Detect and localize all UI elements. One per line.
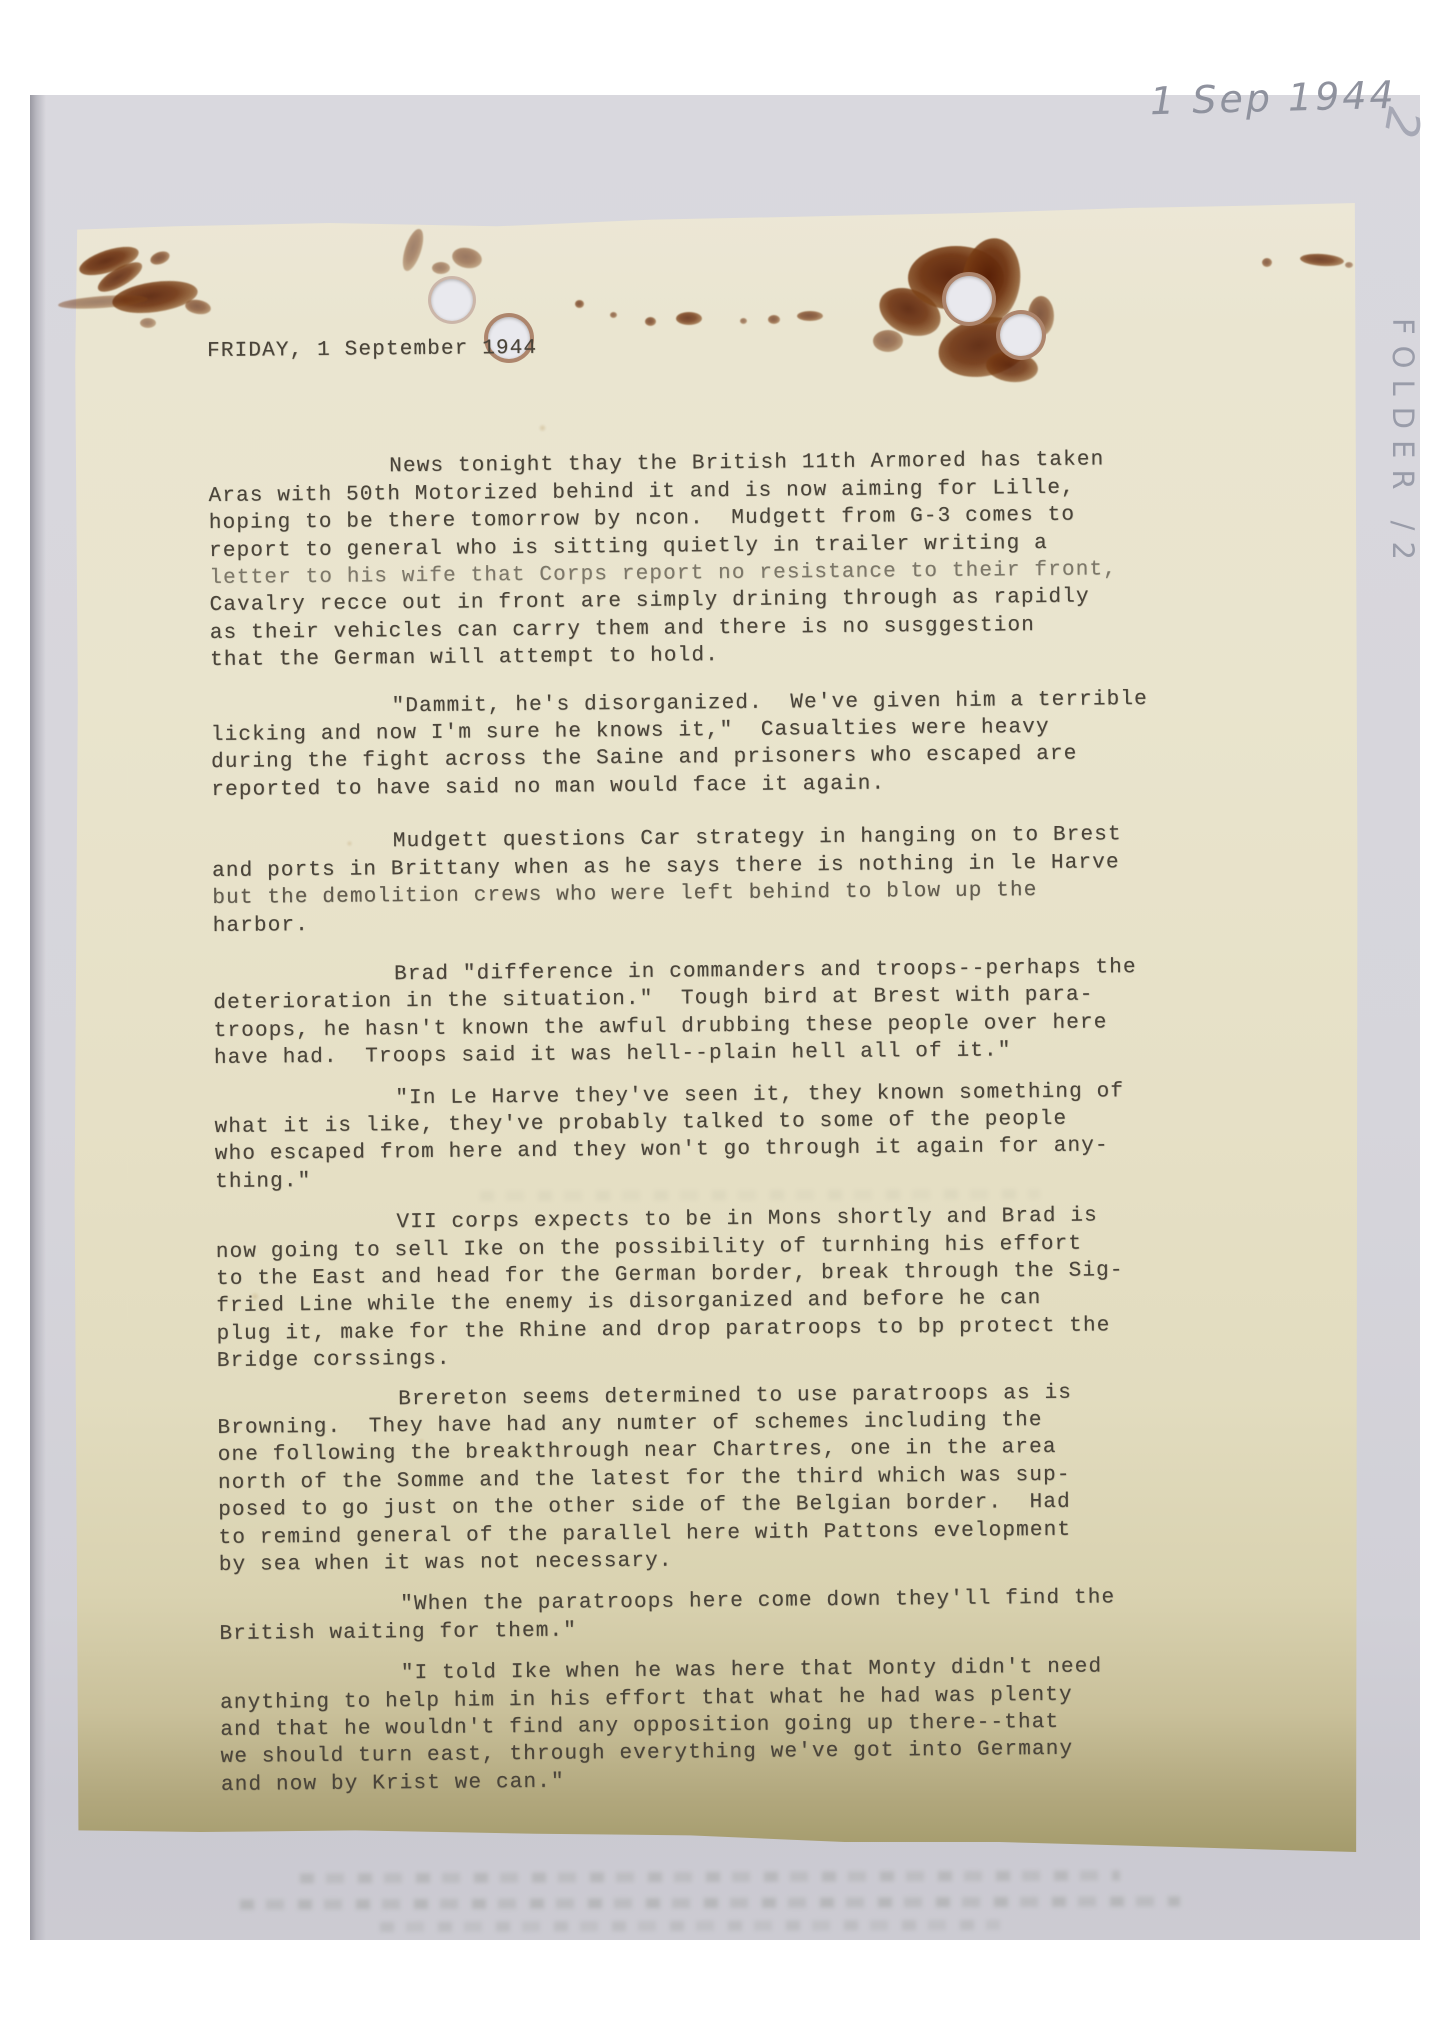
typed-paragraph: News tonight thay the British 11th Armor… (208, 446, 1170, 674)
rust-stain (140, 318, 156, 328)
punch-hole (942, 272, 996, 326)
typed-paragraph: Mudgett questions Car strategy in hangin… (212, 821, 1173, 940)
handwritten-date: 1 Sep 1944 (1149, 73, 1397, 123)
typed-paragraph: Brad "difference in commanders and troop… (213, 954, 1174, 1073)
rust-stain (432, 262, 450, 274)
rust-stain (1345, 262, 1353, 268)
typed-paragraph: "In Le Harve they've seen it, they known… (214, 1077, 1175, 1196)
paragraph-list: News tonight thay the British 11th Armor… (208, 446, 1181, 1799)
punch-hole (428, 276, 476, 324)
rust-stain (1262, 258, 1272, 267)
rust-stain (768, 315, 780, 324)
rust-stain (676, 312, 702, 325)
rust-stain (645, 317, 656, 326)
rust-stain (797, 311, 823, 321)
scanned-diary-screenshot: { "annotations": { "date_handwritten": "… (0, 0, 1440, 2038)
typed-paragraph: VII corps expects to be in Mons shortly … (215, 1202, 1177, 1376)
typed-paragraph: "Dammit, he's disorganized. We've given … (210, 685, 1171, 804)
rust-stain (740, 318, 747, 324)
rust-stain (575, 300, 584, 308)
typed-paragraph: "When the paratroops here come down they… (219, 1584, 1179, 1648)
typed-text-block: FRIDAY, 1 September 1944 News tonight th… (207, 329, 1181, 1799)
folder-annotation: FOLDER /2 (1386, 318, 1420, 858)
typed-paragraph: Brereton seems determined to use paratro… (217, 1378, 1179, 1579)
typed-paragraph: "I told Ike when he was here that Monty … (220, 1653, 1181, 1799)
rust-stain (610, 312, 617, 318)
